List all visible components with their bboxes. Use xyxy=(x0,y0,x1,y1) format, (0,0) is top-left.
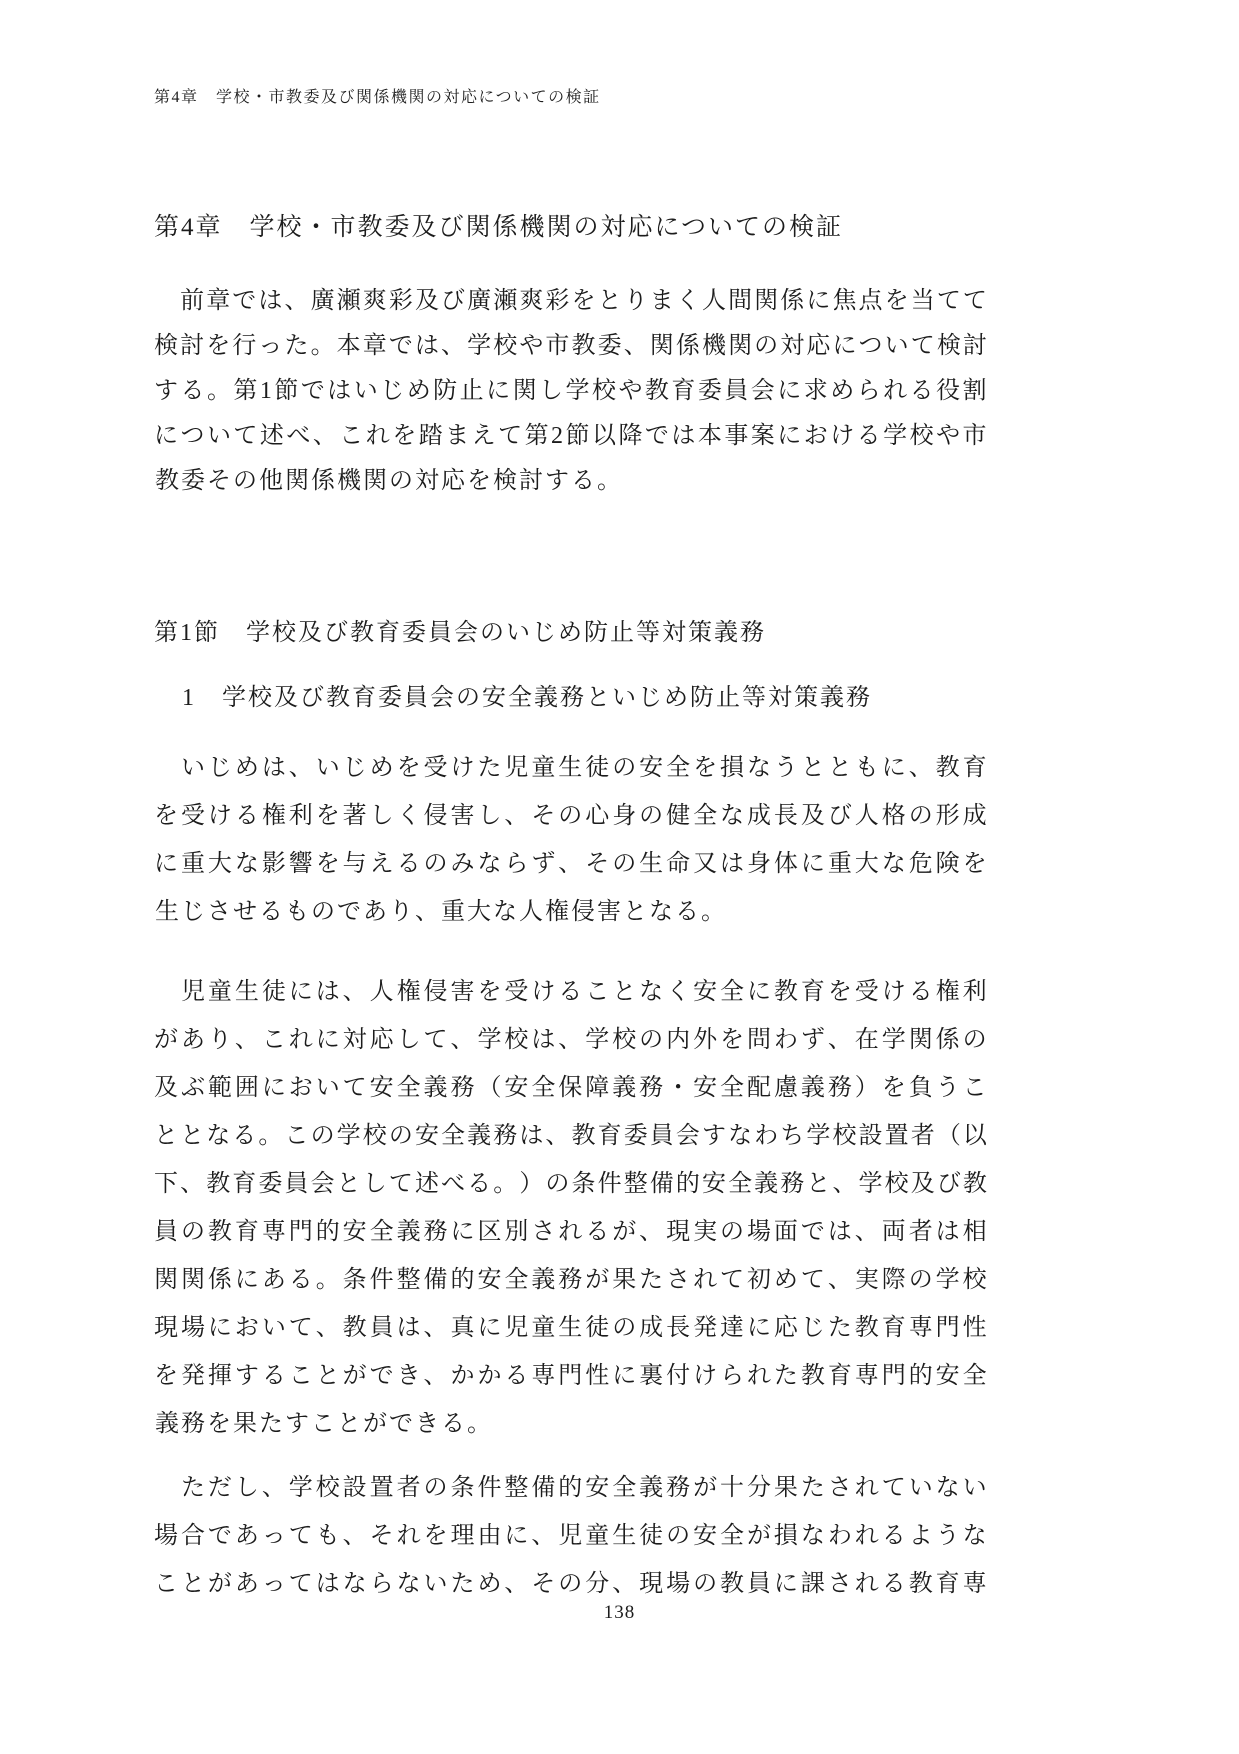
text-line: を発揮することができ、かかる専門性に裏付けられた教育専門的安全 xyxy=(154,1352,987,1400)
running-header: 第4章 学校・市教委及び関係機関の対応についての検証 xyxy=(154,0,987,107)
text-line: について述べ、これを踏まえて第2節以降では本事案における学校や市 xyxy=(154,414,987,459)
text-line: 場合であっても、それを理由に、児童生徒の安全が損なわれるような xyxy=(154,1512,987,1560)
text-line: ととなる。この学校の安全義務は、教育委員会すなわち学校設置者（以 xyxy=(154,1112,987,1160)
text-line: を受ける権利を著しく侵害し、その心身の健全な成長及び人格の形成 xyxy=(154,792,987,840)
text-line: に重大な影響を与えるのみならず、その生命又は身体に重大な危険を xyxy=(154,840,987,888)
text-line: 義務を果たすことができる。 xyxy=(154,1400,987,1448)
text-line: する。第1節ではいじめ防止に関し学校や教育委員会に求められる役割 xyxy=(154,369,987,414)
chapter-title: 第4章 学校・市教委及び関係機関の対応についての検証 xyxy=(154,207,987,243)
text-line: 前章では、廣瀬爽彩及び廣瀬爽彩をとりまく人間関係に焦点を当てて xyxy=(154,279,987,324)
text-line: ただし、学校設置者の条件整備的安全義務が十分果たされていない xyxy=(154,1464,987,1512)
text-line: 員の教育専門的安全義務に区別されるが、現実の場面では、両者は相 xyxy=(154,1208,987,1256)
intro-paragraph: 前章では、廣瀬爽彩及び廣瀬爽彩をとりまく人間関係に焦点を当てて検討を行った。本章… xyxy=(154,279,987,504)
page-number: 138 xyxy=(0,1602,1239,1624)
text-line: 及ぶ範囲において安全義務（安全保障義務・安全配慮義務）を負うこ xyxy=(154,1064,987,1112)
section-1-title: 第1節 学校及び教育委員会のいじめ防止等対策義務 xyxy=(154,612,987,647)
text-line: 下、教育委員会として述べる。）の条件整備的安全義務と、学校及び教 xyxy=(154,1160,987,1208)
subsection-1-title: 1 学校及び教育委員会の安全義務といじめ防止等対策義務 xyxy=(182,677,987,712)
text-line: があり、これに対応して、学校は、学校の内外を問わず、在学関係の xyxy=(154,1016,987,1064)
document-page: 第4章 学校・市教委及び関係機関の対応についての検証 第4章 学校・市教委及び関… xyxy=(0,0,1239,1754)
text-line: 現場において、教員は、真に児童生徒の成長発達に応じた教育専門性 xyxy=(154,1304,987,1352)
text-line: いじめは、いじめを受けた児童生徒の安全を損なうとともに、教育 xyxy=(154,744,987,792)
paragraph-bullying-harm: いじめは、いじめを受けた児童生徒の安全を損なうとともに、教育を受ける権利を著しく… xyxy=(154,744,987,936)
paragraph-safety-obligation: 児童生徒には、人権侵害を受けることなく安全に教育を受ける権利があり、これに対応し… xyxy=(154,968,987,1448)
text-line: 関関係にある。条件整備的安全義務が果たされて初めて、実際の学校 xyxy=(154,1256,987,1304)
text-line: ことがあってはならないため、その分、現場の教員に課される教育専 xyxy=(154,1560,987,1608)
text-line: 生じさせるものであり、重大な人権侵害となる。 xyxy=(154,888,987,936)
paragraph-proviso: ただし、学校設置者の条件整備的安全義務が十分果たされていない場合であっても、それ… xyxy=(154,1464,987,1608)
text-line: 教委その他関係機関の対応を検討する。 xyxy=(154,459,987,504)
page-content: 第4章 学校・市教委及び関係機関の対応についての検証 第4章 学校・市教委及び関… xyxy=(154,0,987,1608)
text-line: 児童生徒には、人権侵害を受けることなく安全に教育を受ける権利 xyxy=(154,968,987,1016)
text-line: 検討を行った。本章では、学校や市教委、関係機関の対応について検討 xyxy=(154,324,987,369)
